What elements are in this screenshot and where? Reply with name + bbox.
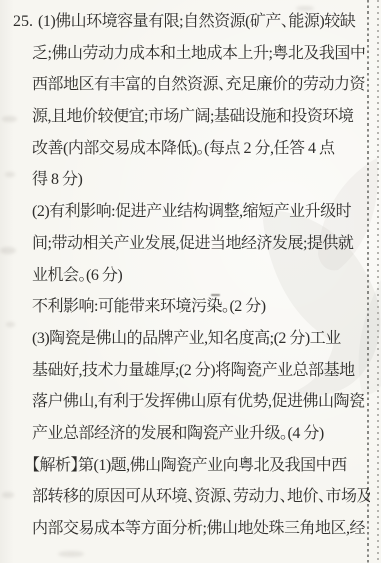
text-line: 基础好,技术力量雄厚;(2 分)将陶瓷产业总部基地	[32, 355, 370, 387]
text-line: 业机会。(6 分)	[32, 260, 370, 292]
answer-blocks: (1)佛山环境容量有限;自然资源(矿产、能源)较缺乏;佛山劳动力成本和土地成本上…	[32, 6, 370, 545]
page-edge-dotted-line	[377, 0, 379, 563]
text-line: 部转移的原因可从环境、资源、劳动力、地价、市场及	[32, 481, 370, 513]
answer-part2-benefits: (2)有利影响:促进产业结构调整,缩短产业升级时间;带动相关产业发展,促进当地经…	[32, 196, 370, 291]
text-line: (2)有利影响:促进产业结构调整,缩短产业升级时	[32, 196, 370, 228]
text-line: 源,且地价较便宜;市场广阔;基础设施和投资环境	[32, 101, 370, 133]
answer-part3: (3)陶瓷是佛山的品牌产业,知名度高;(2 分)工业基础好,技术力量雄厚;(2 …	[32, 323, 370, 450]
answer-text-column: 25. (1)佛山环境容量有限;自然资源(矿产、能源)较缺乏;佛山劳动力成本和土…	[0, 6, 370, 545]
text-line: 不利影响:可能带来环境污染。(2 分)	[32, 291, 370, 323]
text-line: 内部交易成本等方面分析;佛山地处珠三角地区,经	[32, 513, 370, 545]
analysis: 【解析】第(1)题,佛山陶瓷产业向粤北及我国中西部转移的原因可从环境、资源、劳动…	[32, 450, 370, 545]
text-line: 得 8 分)	[32, 164, 370, 196]
text-line: (3)陶瓷是佛山的品牌产业,知名度高;(2 分)工业	[32, 323, 370, 355]
text-line: 产业总部经济的发展和陶瓷产业升级。(4 分)	[32, 418, 370, 450]
answer-part1-reasons: (1)佛山环境容量有限;自然资源(矿产、能源)较缺乏;佛山劳动力成本和土地成本上…	[32, 6, 370, 196]
question-number: 25.	[13, 6, 33, 38]
text-line: 间;带动相关产业发展,促进当地经济发展;提供就	[32, 228, 370, 260]
page: 25. (1)佛山环境容量有限;自然资源(矿产、能源)较缺乏;佛山劳动力成本和土…	[0, 0, 381, 563]
text-line: 落户佛山,有利于发挥佛山原有优势,促进佛山陶瓷	[32, 386, 370, 418]
text-line: 西部地区有丰富的自然资源、充足廉价的劳动力资	[32, 69, 370, 101]
scan-smudge	[58, 551, 84, 557]
text-line: 乏;佛山劳动力成本和土地成本上升;粤北及我国中	[32, 38, 370, 70]
answer-part2-drawbacks: 不利影响:可能带来环境污染。(2 分)	[32, 291, 370, 323]
text-line: (1)佛山环境容量有限;自然资源(矿产、能源)较缺	[32, 6, 370, 38]
text-line: 【解析】第(1)题,佛山陶瓷产业向粤北及我国中西	[32, 450, 370, 482]
text-line: 改善(内部交易成本降低)。(每点 2 分,任答 4 点	[32, 133, 370, 165]
